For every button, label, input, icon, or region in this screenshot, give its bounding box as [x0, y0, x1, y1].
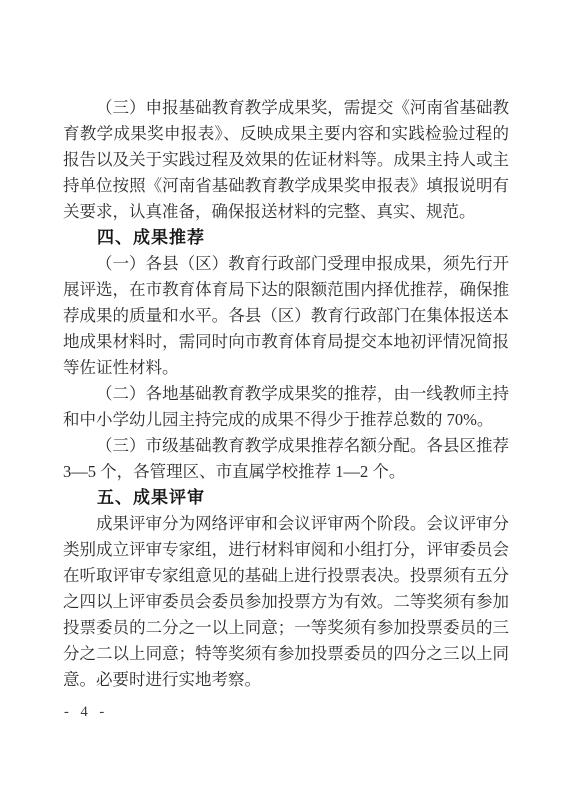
- paragraph: 成果评审分为网络评审和会议评审两个阶段。会议评审分类别成立评审专家组，进行材料审…: [63, 511, 509, 693]
- section-heading: 五、成果评审: [63, 485, 509, 511]
- section-heading: 四、成果推荐: [63, 225, 509, 251]
- document-body: （三）申报基础教育教学成果奖，需提交《河南省基础教育教学成果奖申报表》、反映成果…: [63, 95, 509, 693]
- document-page: （三）申报基础教育教学成果奖，需提交《河南省基础教育教学成果奖申报表》、反映成果…: [0, 0, 565, 800]
- paragraph: （三）申报基础教育教学成果奖，需提交《河南省基础教育教学成果奖申报表》、反映成果…: [63, 95, 509, 225]
- paragraph: （二）各地基础教育教学成果奖的推荐，由一线教师主持和中小学幼儿园主持完成的成果不…: [63, 381, 509, 433]
- paragraph: （三）市级基础教育教学成果推荐名额分配。各县区推荐 3—5 个，各管理区、市直属…: [63, 433, 509, 485]
- page-number: - 4 -: [64, 704, 108, 721]
- paragraph: （一）各县（区）教育行政部门受理申报成果，须先行开展评选，在市教育体育局下达的限…: [63, 251, 509, 381]
